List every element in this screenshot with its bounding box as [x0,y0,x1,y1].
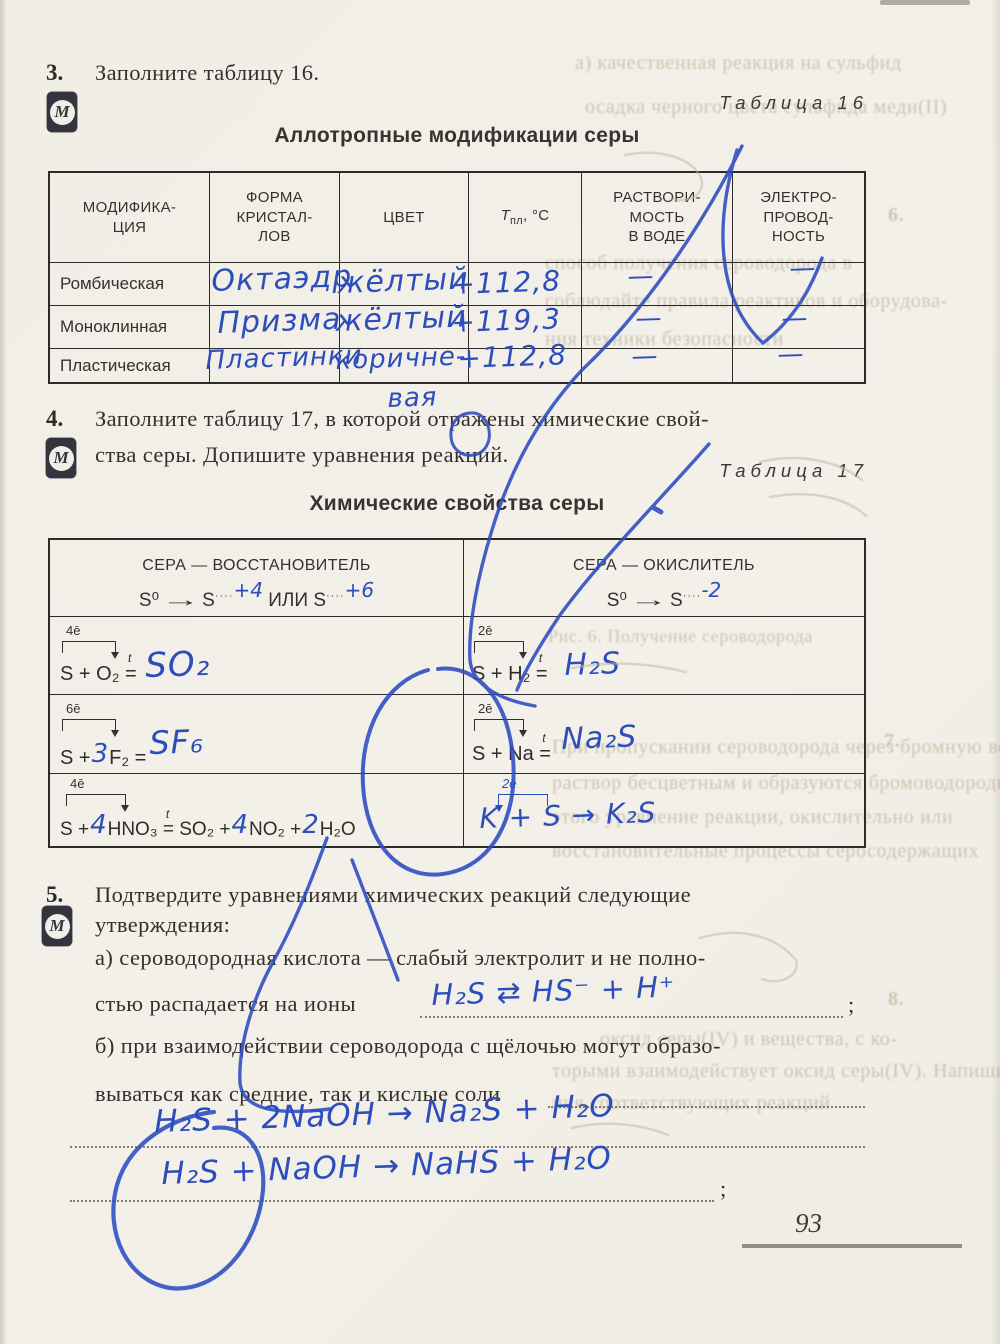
scan-edge-shadow [991,0,1000,1344]
margin-marker-letter: М [50,100,75,125]
task5-line1: Подтвердите уравнениями химических реакц… [95,882,691,908]
electron-bracket [62,719,116,731]
answer-blank [420,1016,843,1018]
table16-header-tmelt: Tпл, °C [469,173,582,263]
table17-cell-s-hno3: 4ē S +4HNO₃ =t SO₂ +4NO₂ +2H₂O [50,774,464,846]
handwriting-color: коричне- [335,341,467,376]
table17-cell-s-o2: 4ē S + O₂ =t [50,617,464,695]
handwriting-dash: — [631,341,659,372]
task4-line1: Заполните таблицу 17, в которой отражены… [95,406,709,432]
table16-header-modification: МОДИФИКА- ЦИЯ [50,173,210,263]
handwriting-coefficient: 4 [231,810,248,840]
table16-title: Аллотропные модификации серы [48,124,866,148]
handwriting-form: Октаэдр [211,259,353,299]
bleedthrough-text: 8. [888,988,904,1011]
task5-b-line1: б) при взаимодействии сероводорода с щёл… [95,1033,721,1059]
handwriting-product: Na₂S [561,719,638,757]
margin-marker-letter: М [49,446,74,471]
answer-blank [70,1200,714,1202]
electron-bracket [474,719,524,731]
table17-title: Химические свойства серы [48,492,866,516]
margin-marker-letter: М [45,914,70,939]
task5-a-line2: стью распадается на ионы [95,991,356,1017]
table16-header-conductivity: ЭЛЕКТРО- ПРОВОД- НОСТЬ [733,173,864,263]
handwriting-temp: +119,3 [451,302,562,339]
handwriting-color: жёлтый [335,299,467,339]
table16-row-label: Моноклинная [50,306,210,349]
table-17: СЕРА — ВОССТАНОВИТЕЛЬ S⁰→S····+4 ИЛИ S··… [48,538,866,848]
handwriting-oxstate: -2 [701,578,721,602]
table16-row-label: Ромбическая [50,263,210,306]
handwriting-equation-2: H₂S + NaOH → NaHS + H₂O [161,1140,613,1192]
task5-line2: утверждения: [95,912,230,938]
table16-label: Таблица 16 [600,92,868,114]
task5-a-line1: а) сероводородная кислота — слабый элект… [95,945,706,971]
handwriting-dash: — [627,261,655,292]
handwriting-equation: K + S → K₂S [479,796,657,835]
table16-header-solubility: РАСТВОРИ- МОСТЬ В ВОДЕ [582,173,733,263]
handwriting-coefficient: 3 [92,739,109,769]
handwriting-form: Призма [217,302,342,341]
handwriting-temp: +112,8 [451,264,562,301]
table17-cell-k-s: 2ē K + S → K₂S [464,774,864,846]
margin-marker-icon: М [46,438,76,478]
table17-header-oxidizer: СЕРА — ОКИСЛИТЕЛЬ S⁰→S····-2 [464,540,864,617]
handwriting-coefficient: 4 [90,810,107,840]
workbook-page: а) качественная реакция на сульфид осадк… [0,0,1000,1344]
table17-header-reducer: СЕРА — ВОССТАНОВИТЕЛЬ S⁰→S····+4 ИЛИ S··… [50,540,464,617]
table16-row-label: Пластическая [50,349,210,382]
table17-label: Таблица 17 [600,460,868,482]
semicolon: ; [720,1176,727,1202]
electron-bracket [474,641,524,653]
electron-bracket [66,794,126,806]
handwriting-coefficient: 2 [302,810,319,840]
task5-number: 5. [46,882,63,908]
handwriting-temp: +112,8 [457,338,568,375]
task4-line2: ства серы. Допишите уравнения реакций. [95,442,509,468]
bleedthrough-text: а) качественная реакция на сульфид [575,52,902,75]
handwriting-product: SF₆ [149,722,205,762]
semicolon: ; [848,992,855,1018]
scan-edge-shadow [0,0,7,1344]
bleedthrough-text: торыми взаимодействует оксид серы(IV). Н… [552,1060,1000,1083]
handwriting-ionic-equation: H₂S ⇄ HS⁻ + H⁺ [431,970,676,1012]
handwriting-dash: — [635,303,663,334]
task4-number: 4. [46,406,63,432]
handwriting-dash: — [781,303,809,334]
margin-marker-icon: М [42,906,72,946]
electron-bracket [62,641,116,653]
handwriting-dash: — [789,253,817,284]
bleedthrough-text: 6. [888,204,904,227]
table16-header-color: ЦВЕТ [340,173,469,263]
handwriting-dash: — [777,339,805,370]
task3-text: Заполните таблицу 16. [95,60,319,86]
table17-cell-s-h2: 2ē S + H₂ =t [464,617,864,695]
scan-edge-mark [880,0,970,5]
page-number: 93 [795,1208,822,1239]
handwriting-oxstate: +4 [234,578,263,602]
table17-cell-s-f2: 6ē S +3F₂ = [50,695,464,774]
handwriting-color: жёлтый [337,261,469,301]
handwriting-electron-label: 2ē [502,776,516,791]
handwriting-oxstate: +6 [345,578,374,602]
table16-header-crystal-form: ФОРМА КРИСТАЛ- ЛОВ [210,173,340,263]
handwriting-product: H₂S [564,646,622,683]
footer-rule [742,1244,962,1248]
task3-number: 3. [46,60,63,86]
table17-cell-s-na: 2ē S + Na =t [464,695,864,774]
handwriting-product: SO₂ [145,644,211,686]
